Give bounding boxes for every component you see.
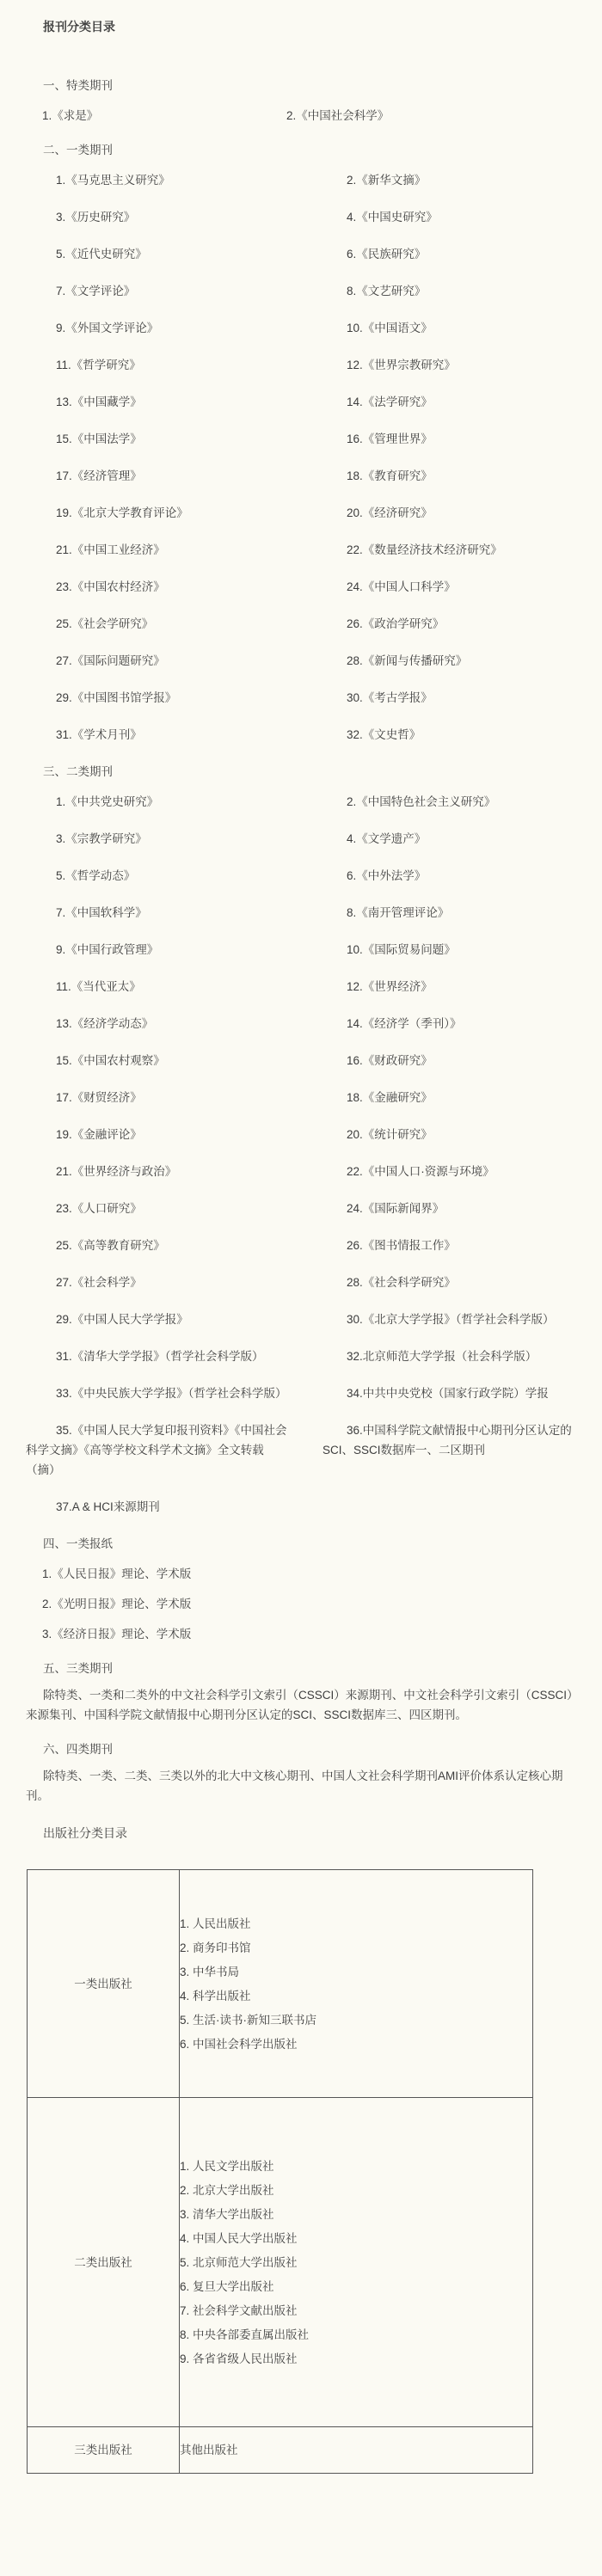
journal-item: 13.《经济学动态》 bbox=[26, 1014, 322, 1033]
journal-pair-row: 21.《世界经济与政治》22.《中国人口·资源与环境》 bbox=[26, 1162, 576, 1181]
journal-pair-row: 9.《外国文学评论》10.《中国语文》 bbox=[26, 318, 576, 338]
publisher-list-cell: 1. 人民文学出版社2. 北京大学出版社3. 清华大学出版社4. 中国人民大学出… bbox=[180, 2098, 533, 2427]
journal-pair-row: 11.《当代亚太》12.《世界经济》 bbox=[26, 977, 576, 997]
journal-item: 15.《中国法学》 bbox=[26, 429, 322, 449]
journal-item: 29.《中国图书馆学报》 bbox=[26, 688, 322, 708]
journal-pair-row: 7.《中国软科学》8.《南开管理评论》 bbox=[26, 903, 576, 923]
publisher-category: 二类出版社 bbox=[28, 2098, 180, 2427]
journal-pair-row: 11.《哲学研究》12.《世界宗教研究》 bbox=[26, 355, 576, 375]
section-paragraph: 除特类、一类和二类外的中文社会科学引文索引（CSSCI）来源期刊、中文社会科学引… bbox=[26, 1685, 576, 1725]
journal-pair-row: 15.《中国法学》16.《管理世界》 bbox=[26, 429, 576, 449]
journal-pair-row: 3.《宗教学研究》4.《文学遗产》 bbox=[26, 829, 576, 849]
publisher-item: 6. 中国社会科学出版社 bbox=[180, 2034, 532, 2054]
journal-item: 23.《人口研究》 bbox=[26, 1199, 322, 1218]
publisher-item: 1. 人民出版社 bbox=[180, 1914, 532, 1934]
journal-item: 17.《财贸经济》 bbox=[26, 1088, 322, 1107]
journal-item: 31.《清华大学学报》（哲学社会科学版） bbox=[26, 1346, 322, 1366]
journal-pair-row: 33.《中央民族大学学报》（哲学社会科学版）34.中共中央党校（国家行政学院）学… bbox=[26, 1383, 576, 1403]
journal-pair-row: 5.《近代史研究》6.《民族研究》 bbox=[26, 244, 576, 264]
journal-item: 17.《经济管理》 bbox=[26, 466, 322, 486]
journal-item: 20.《经济研究》 bbox=[322, 503, 576, 523]
journal-item: 36.中国科学院文献情报中心期刊分区认定的SCI、SSCI数据库一、二区期刊 bbox=[322, 1420, 576, 1480]
publisher-item: 9. 各省省级人民出版社 bbox=[180, 2349, 532, 2369]
journal-item: 29.《中国人民大学学报》 bbox=[26, 1309, 322, 1329]
journal-item: 5.《近代史研究》 bbox=[26, 244, 322, 264]
journal-pair-row: 1.《求是》2.《中国社会科学》 bbox=[26, 106, 576, 126]
journal-item: 27.《国际问题研究》 bbox=[26, 651, 322, 671]
journal-pair-row: 19.《北京大学教育评论》20.《经济研究》 bbox=[26, 503, 576, 523]
journal-item: 21.《世界经济与政治》 bbox=[26, 1162, 322, 1181]
journal-item: 18.《金融研究》 bbox=[322, 1088, 576, 1107]
journal-item: 2.《新华文摘》 bbox=[322, 170, 576, 190]
journal-item: 3.《宗教学研究》 bbox=[26, 829, 322, 849]
journal-pair-row: 17.《经济管理》18.《教育研究》 bbox=[26, 466, 576, 486]
journal-item: 32.《文史哲》 bbox=[322, 725, 576, 745]
publisher-table-row: 三类出版社其他出版社 bbox=[28, 2427, 533, 2474]
journal-item: 4.《中国史研究》 bbox=[322, 207, 576, 227]
journal-pair-row: 5.《哲学动态》6.《中外法学》 bbox=[26, 866, 576, 886]
journal-item: 1.《求是》 bbox=[26, 106, 286, 126]
section-paragraph: 除特类、一类、二类、三类以外的北大中文核心期刊、中国人文社会科学期刊AMI评价体… bbox=[26, 1766, 576, 1806]
publisher-list: 1. 人民文学出版社2. 北京大学出版社3. 清华大学出版社4. 中国人民大学出… bbox=[180, 2156, 532, 2369]
journal-item: 6.《中外法学》 bbox=[322, 866, 576, 886]
publisher-item: 6. 复旦大学出版社 bbox=[180, 2277, 532, 2297]
journal-item: 7.《文学评论》 bbox=[26, 281, 322, 301]
publisher-item: 3. 清华大学出版社 bbox=[180, 2205, 532, 2224]
journal-item: 5.《哲学动态》 bbox=[26, 866, 322, 886]
journal-item: 16.《财政研究》 bbox=[322, 1051, 576, 1070]
journal-item: 15.《中国农村观察》 bbox=[26, 1051, 322, 1070]
journal-item: 26.《政治学研究》 bbox=[322, 614, 576, 634]
publisher-table-body: 一类出版社1. 人民出版社2. 商务印书馆3. 中华书局4. 科学出版社5. 生… bbox=[28, 1870, 533, 2474]
journal-item: 24.《中国人口科学》 bbox=[322, 577, 576, 597]
newspaper-item: 3.《经济日报》理论、学术版 bbox=[26, 1624, 576, 1644]
publisher-item: 2. 北京大学出版社 bbox=[180, 2180, 532, 2200]
publisher-item: 1. 人民文学出版社 bbox=[180, 2156, 532, 2176]
journal-pair-row: 25.《社会学研究》26.《政治学研究》 bbox=[26, 614, 576, 634]
journal-pair-row: 19.《金融评论》20.《统计研究》 bbox=[26, 1125, 576, 1144]
journal-pair-row: 31.《学术月刊》32.《文史哲》 bbox=[26, 725, 576, 745]
journal-item: 14.《经济学（季刊）》 bbox=[322, 1014, 576, 1033]
journal-item: 25.《社会学研究》 bbox=[26, 614, 322, 634]
journal-catalog-title: 报刊分类目录 bbox=[43, 17, 576, 37]
journal-item: 32.北京师范大学学报（社会科学版） bbox=[322, 1346, 576, 1366]
journal-item: 6.《民族研究》 bbox=[322, 244, 576, 264]
journal-pair-row: 23.《中国农村经济》24.《中国人口科学》 bbox=[26, 577, 576, 597]
journal-item: 13.《中国藏学》 bbox=[26, 392, 322, 412]
publisher-category: 一类出版社 bbox=[28, 1870, 180, 2098]
journal-item: 7.《中国软科学》 bbox=[26, 903, 322, 923]
journal-item: 2.《中国社会科学》 bbox=[286, 106, 576, 126]
section-heading: 五、三类期刊 bbox=[43, 1659, 576, 1678]
section-heading: 六、四类期刊 bbox=[43, 1739, 576, 1759]
journal-item: 3.《历史研究》 bbox=[26, 207, 322, 227]
publisher-catalog-title: 出版社分类目录 bbox=[43, 1824, 576, 1843]
journal-pair-row: 29.《中国人民大学学报》30.《北京大学学报》（哲学社会科学版） bbox=[26, 1309, 576, 1329]
journal-item: 4.《文学遗产》 bbox=[322, 829, 576, 849]
journal-item: 9.《中国行政管理》 bbox=[26, 940, 322, 960]
publisher-item: 8. 中央各部委直属出版社 bbox=[180, 2325, 532, 2345]
journal-item: 2.《中国特色社会主义研究》 bbox=[322, 792, 576, 812]
journal-item: 16.《管理世界》 bbox=[322, 429, 576, 449]
journal-item: 28.《社会科学研究》 bbox=[322, 1273, 576, 1292]
publisher-item: 2. 商务印书馆 bbox=[180, 1938, 532, 1958]
publisher-item: 4. 科学出版社 bbox=[180, 1986, 532, 2006]
journal-pair-row: 1.《马克思主义研究》2.《新华文摘》 bbox=[26, 170, 576, 190]
section-heading: 一、特类期刊 bbox=[43, 76, 576, 95]
journal-pair-row: 35.《中国人民大学复印报刊资料》《中国社会科学文摘》《高等学校文科学术文摘》全… bbox=[26, 1420, 576, 1480]
journal-item: 33.《中央民族大学学报》（哲学社会科学版） bbox=[26, 1383, 322, 1403]
journal-item: 1.《马克思主义研究》 bbox=[26, 170, 322, 190]
journal-item: 34.中共中央党校（国家行政学院）学报 bbox=[322, 1383, 576, 1403]
publisher-item: 3. 中华书局 bbox=[180, 1962, 532, 1982]
publisher-list-cell: 1. 人民出版社2. 商务印书馆3. 中华书局4. 科学出版社5. 生活·读书·… bbox=[180, 1870, 533, 2098]
journal-pair-row: 29.《中国图书馆学报》30.《考古学报》 bbox=[26, 688, 576, 708]
journal-item: 1.《中共党史研究》 bbox=[26, 792, 322, 812]
journal-item: 23.《中国农村经济》 bbox=[26, 577, 322, 597]
journal-item: 9.《外国文学评论》 bbox=[26, 318, 322, 338]
journal-item: 24.《国际新闻界》 bbox=[322, 1199, 576, 1218]
journal-pair-row: 3.《历史研究》4.《中国史研究》 bbox=[26, 207, 576, 227]
journal-item: 18.《教育研究》 bbox=[322, 466, 576, 486]
newspaper-item: 1.《人民日报》理论、学术版 bbox=[26, 1564, 576, 1584]
journal-pair-row: 23.《人口研究》24.《国际新闻界》 bbox=[26, 1199, 576, 1218]
publisher-item: 其他出版社 bbox=[180, 2440, 532, 2460]
journal-item: 22.《数量经济技术经济研究》 bbox=[322, 540, 576, 560]
publisher-item: 5. 生活·读书·新知三联书店 bbox=[180, 2010, 532, 2030]
publisher-table-row: 一类出版社1. 人民出版社2. 商务印书馆3. 中华书局4. 科学出版社5. 生… bbox=[28, 1870, 533, 2098]
journal-pair-row: 31.《清华大学学报》（哲学社会科学版）32.北京师范大学学报（社会科学版） bbox=[26, 1346, 576, 1366]
journal-item: 10.《中国语文》 bbox=[322, 318, 576, 338]
section-heading: 二、一类期刊 bbox=[43, 140, 576, 160]
journal-item: 37.A & HCI来源期刊 bbox=[26, 1497, 322, 1517]
journal-item: 19.《金融评论》 bbox=[26, 1125, 322, 1144]
journal-item: 10.《国际贸易问题》 bbox=[322, 940, 576, 960]
journal-pair-row: 13.《经济学动态》14.《经济学（季刊）》 bbox=[26, 1014, 576, 1033]
journal-pair-row: 17.《财贸经济》18.《金融研究》 bbox=[26, 1088, 576, 1107]
publisher-item: 7. 社会科学文献出版社 bbox=[180, 2301, 532, 2321]
section-heading: 三、二类期刊 bbox=[43, 762, 576, 782]
section-heading: 四、一类报纸 bbox=[43, 1534, 576, 1554]
journal-pair-row: 7.《文学评论》8.《文艺研究》 bbox=[26, 281, 576, 301]
journal-item: 28.《新闻与传播研究》 bbox=[322, 651, 576, 671]
journal-item: 12.《世界宗教研究》 bbox=[322, 355, 576, 375]
journal-pair-row: 25.《高等教育研究》26.《图书情报工作》 bbox=[26, 1236, 576, 1255]
journal-pair-row: 37.A & HCI来源期刊 bbox=[26, 1497, 576, 1517]
journal-catalog-body: 一、特类期刊1.《求是》2.《中国社会科学》二、一类期刊1.《马克思主义研究》2… bbox=[26, 76, 576, 1806]
publisher-table: 一类出版社1. 人民出版社2. 商务印书馆3. 中华书局4. 科学出版社5. 生… bbox=[27, 1869, 533, 2474]
publisher-item: 4. 中国人民大学出版社 bbox=[180, 2229, 532, 2248]
journal-item: 8.《文艺研究》 bbox=[322, 281, 576, 301]
journal-item: 19.《北京大学教育评论》 bbox=[26, 503, 322, 523]
journal-item: 27.《社会科学》 bbox=[26, 1273, 322, 1292]
journal-item bbox=[322, 1497, 576, 1517]
publisher-item: 5. 北京师范大学出版社 bbox=[180, 2253, 532, 2272]
journal-item: 25.《高等教育研究》 bbox=[26, 1236, 322, 1255]
journal-item: 35.《中国人民大学复印报刊资料》《中国社会科学文摘》《高等学校文科学术文摘》全… bbox=[26, 1420, 322, 1480]
publisher-list: 1. 人民出版社2. 商务印书馆3. 中华书局4. 科学出版社5. 生活·读书·… bbox=[180, 1914, 532, 2054]
publisher-list: 其他出版社 bbox=[180, 2440, 532, 2460]
publisher-category: 三类出版社 bbox=[28, 2427, 180, 2474]
journal-pair-row: 1.《中共党史研究》2.《中国特色社会主义研究》 bbox=[26, 792, 576, 812]
journal-item: 12.《世界经济》 bbox=[322, 977, 576, 997]
journal-pair-row: 13.《中国藏学》14.《法学研究》 bbox=[26, 392, 576, 412]
journal-item: 11.《哲学研究》 bbox=[26, 355, 322, 375]
journal-item: 8.《南开管理评论》 bbox=[322, 903, 576, 923]
journal-pair-row: 15.《中国农村观察》16.《财政研究》 bbox=[26, 1051, 576, 1070]
journal-item: 22.《中国人口·资源与环境》 bbox=[322, 1162, 576, 1181]
newspaper-item: 2.《光明日报》理论、学术版 bbox=[26, 1594, 576, 1614]
document: 报刊分类目录 一、特类期刊1.《求是》2.《中国社会科学》二、一类期刊1.《马克… bbox=[0, 0, 602, 2474]
journal-pair-row: 27.《国际问题研究》28.《新闻与传播研究》 bbox=[26, 651, 576, 671]
publisher-table-row: 二类出版社1. 人民文学出版社2. 北京大学出版社3. 清华大学出版社4. 中国… bbox=[28, 2098, 533, 2427]
journal-item: 14.《法学研究》 bbox=[322, 392, 576, 412]
journal-item: 30.《北京大学学报》（哲学社会科学版） bbox=[322, 1309, 576, 1329]
publisher-list-cell: 其他出版社 bbox=[180, 2427, 533, 2474]
journal-item: 30.《考古学报》 bbox=[322, 688, 576, 708]
journal-pair-row: 27.《社会科学》28.《社会科学研究》 bbox=[26, 1273, 576, 1292]
journal-item: 20.《统计研究》 bbox=[322, 1125, 576, 1144]
journal-item: 31.《学术月刊》 bbox=[26, 725, 322, 745]
journal-pair-row: 9.《中国行政管理》10.《国际贸易问题》 bbox=[26, 940, 576, 960]
journal-item: 21.《中国工业经济》 bbox=[26, 540, 322, 560]
journal-item: 26.《图书情报工作》 bbox=[322, 1236, 576, 1255]
journal-pair-row: 21.《中国工业经济》22.《数量经济技术经济研究》 bbox=[26, 540, 576, 560]
journal-item: 11.《当代亚太》 bbox=[26, 977, 322, 997]
